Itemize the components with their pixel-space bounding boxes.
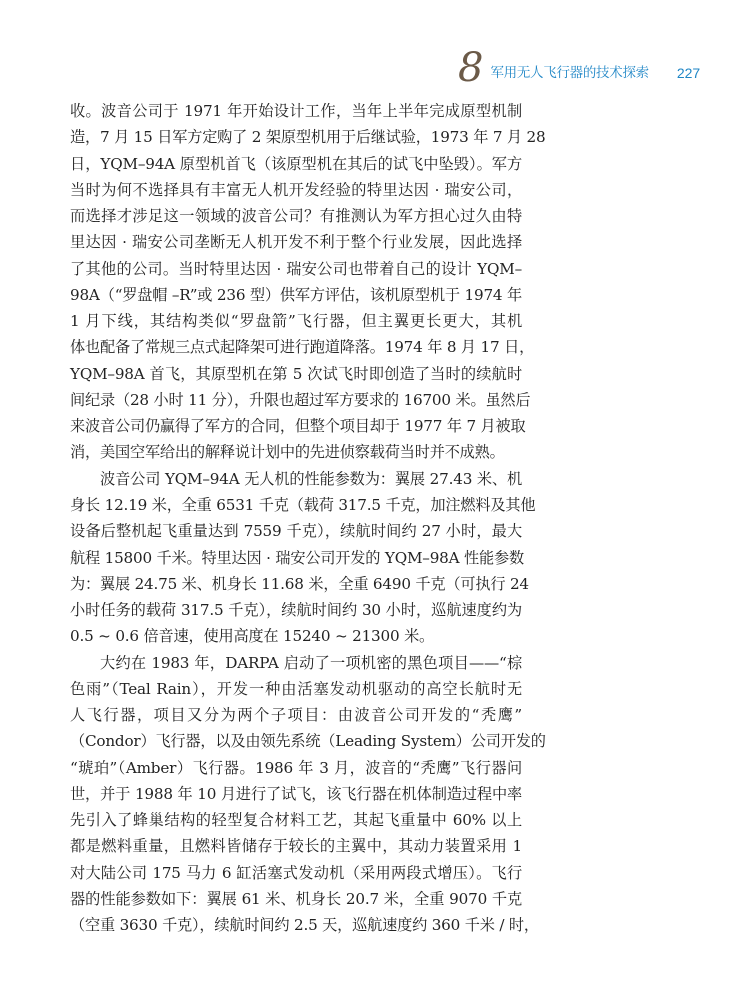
text-line: 体也配备了常规三点式起降架可进行跑道降落。1974 年 8 月 17 日，: [70, 334, 522, 360]
paragraph: 波音公司 YQM–94A 无人机的性能参数为：翼展 27.43 米、机身长 12…: [70, 466, 522, 650]
text-line: 间纪录（28 小时 11 分），升限也超过军方要求的 16700 米。虽然后: [70, 387, 522, 413]
body-text: 收。波音公司于 1971 年开始设计工作，当年上半年完成原型机制造，7 月 15…: [70, 98, 522, 939]
text-line: 设备后整机起飞重量达到 7559 千克），续航时间约 27 小时，最大: [70, 518, 522, 544]
text-line: 收。波音公司于 1971 年开始设计工作，当年上半年完成原型机制: [70, 98, 522, 124]
text-line: “琥珀”（Amber）飞行器。1986 年 3 月，波音的“秃鹰”飞行器问: [70, 755, 522, 781]
text-line: 对大陆公司 175 马力 6 缸活塞式发动机（采用两段式增压）。飞行: [70, 860, 522, 886]
text-line: 世，并于 1988 年 10 月进行了试飞，该飞行器在机体制造过程中率: [70, 781, 522, 807]
text-line: 人飞行器，项目又分为两个子项目：由波音公司开发的“秃鹰”: [70, 702, 522, 728]
text-line: 了其他的公司。当时特里达因 · 瑞安公司也带着自己的设计 YQM–: [70, 256, 522, 282]
text-line: 小时任务的载荷 317.5 千克），续航时间约 30 小时，巡航速度约为: [70, 597, 522, 623]
paragraph: 大约在 1983 年，DARPA 启动了一项机密的黑色项目——“棕色雨”（Tea…: [70, 650, 522, 939]
text-line: 来波音公司仍赢得了军方的合同，但整个项目却于 1977 年 7 月被取: [70, 413, 522, 439]
text-line: （Condor）飞行器，以及由领先系统（Leading System）公司开发的: [70, 728, 522, 754]
text-line: 而选择才涉足这一领域的波音公司？有推测认为军方担心过久由特: [70, 203, 522, 229]
text-line: 身长 12.19 米，全重 6531 千克（载荷 317.5 千克，加注燃料及其…: [70, 492, 522, 518]
text-line: 大约在 1983 年，DARPA 启动了一项机密的黑色项目——“棕: [70, 650, 522, 676]
text-line: 当时为何不选择具有丰富无人机开发经验的特里达因 · 瑞安公司，: [70, 177, 522, 203]
text-line: 先引入了蜂巢结构的轻型复合材料工艺，其起飞重量中 60% 以上: [70, 807, 522, 833]
text-line: 为：翼展 24.75 米、机身长 11.68 米，全重 6490 千克（可执行 …: [70, 571, 522, 597]
text-line: 器的性能参数如下：翼展 61 米、机身长 20.7 米，全重 9070 千克: [70, 886, 522, 912]
page-number: 227: [677, 64, 700, 82]
text-line: 里达因 · 瑞安公司垄断无人机开发不利于整个行业发展，因此选择: [70, 229, 522, 255]
chapter-title: 军用无人飞行器的技术探索: [490, 64, 648, 82]
text-line: 日，YQM–94A 原型机首飞（该原型机在其后的试飞中坠毁）。军方: [70, 151, 522, 177]
text-line: 造，7 月 15 日军方定购了 2 架原型机用于后继试验，1973 年 7 月 …: [70, 124, 522, 150]
text-line: YQM–98A 首飞，其原型机在第 5 次试飞时即创造了当时的续航时: [70, 361, 522, 387]
running-header: 8 军用无人飞行器的技术探索 227: [458, 46, 700, 86]
text-line: 航程 15800 千米。特里达因 · 瑞安公司开发的 YQM–98A 性能参数: [70, 545, 522, 571]
text-line: 消，美国空军给出的解释说计划中的先进侦察载荷当时并不成熟。: [70, 439, 522, 465]
text-line: 1 月下线，其结构类似“罗盘箭”飞行器，但主翼更长更大，其机: [70, 308, 522, 334]
text-line: 0.5 ~ 0.6 倍音速，使用高度在 15240 ~ 21300 米。: [70, 623, 522, 649]
text-line: 98A（“罗盘帽 –R”或 236 型）供军方评估，该机原型机于 1974 年: [70, 282, 522, 308]
paragraph: 收。波音公司于 1971 年开始设计工作，当年上半年完成原型机制造，7 月 15…: [70, 98, 522, 466]
text-line: 波音公司 YQM–94A 无人机的性能参数为：翼展 27.43 米、机: [70, 466, 522, 492]
text-line: （空重 3630 千克），续航时间约 2.5 天，巡航速度约 360 千米 / …: [70, 912, 522, 938]
text-line: 都是燃料重量，且燃料皆储存于较长的主翼中，其动力装置采用 1: [70, 833, 522, 859]
text-line: 色雨”（Teal Rain），开发一种由活塞发动机驱动的高空长航时无: [70, 676, 522, 702]
chapter-number: 8: [458, 50, 482, 86]
